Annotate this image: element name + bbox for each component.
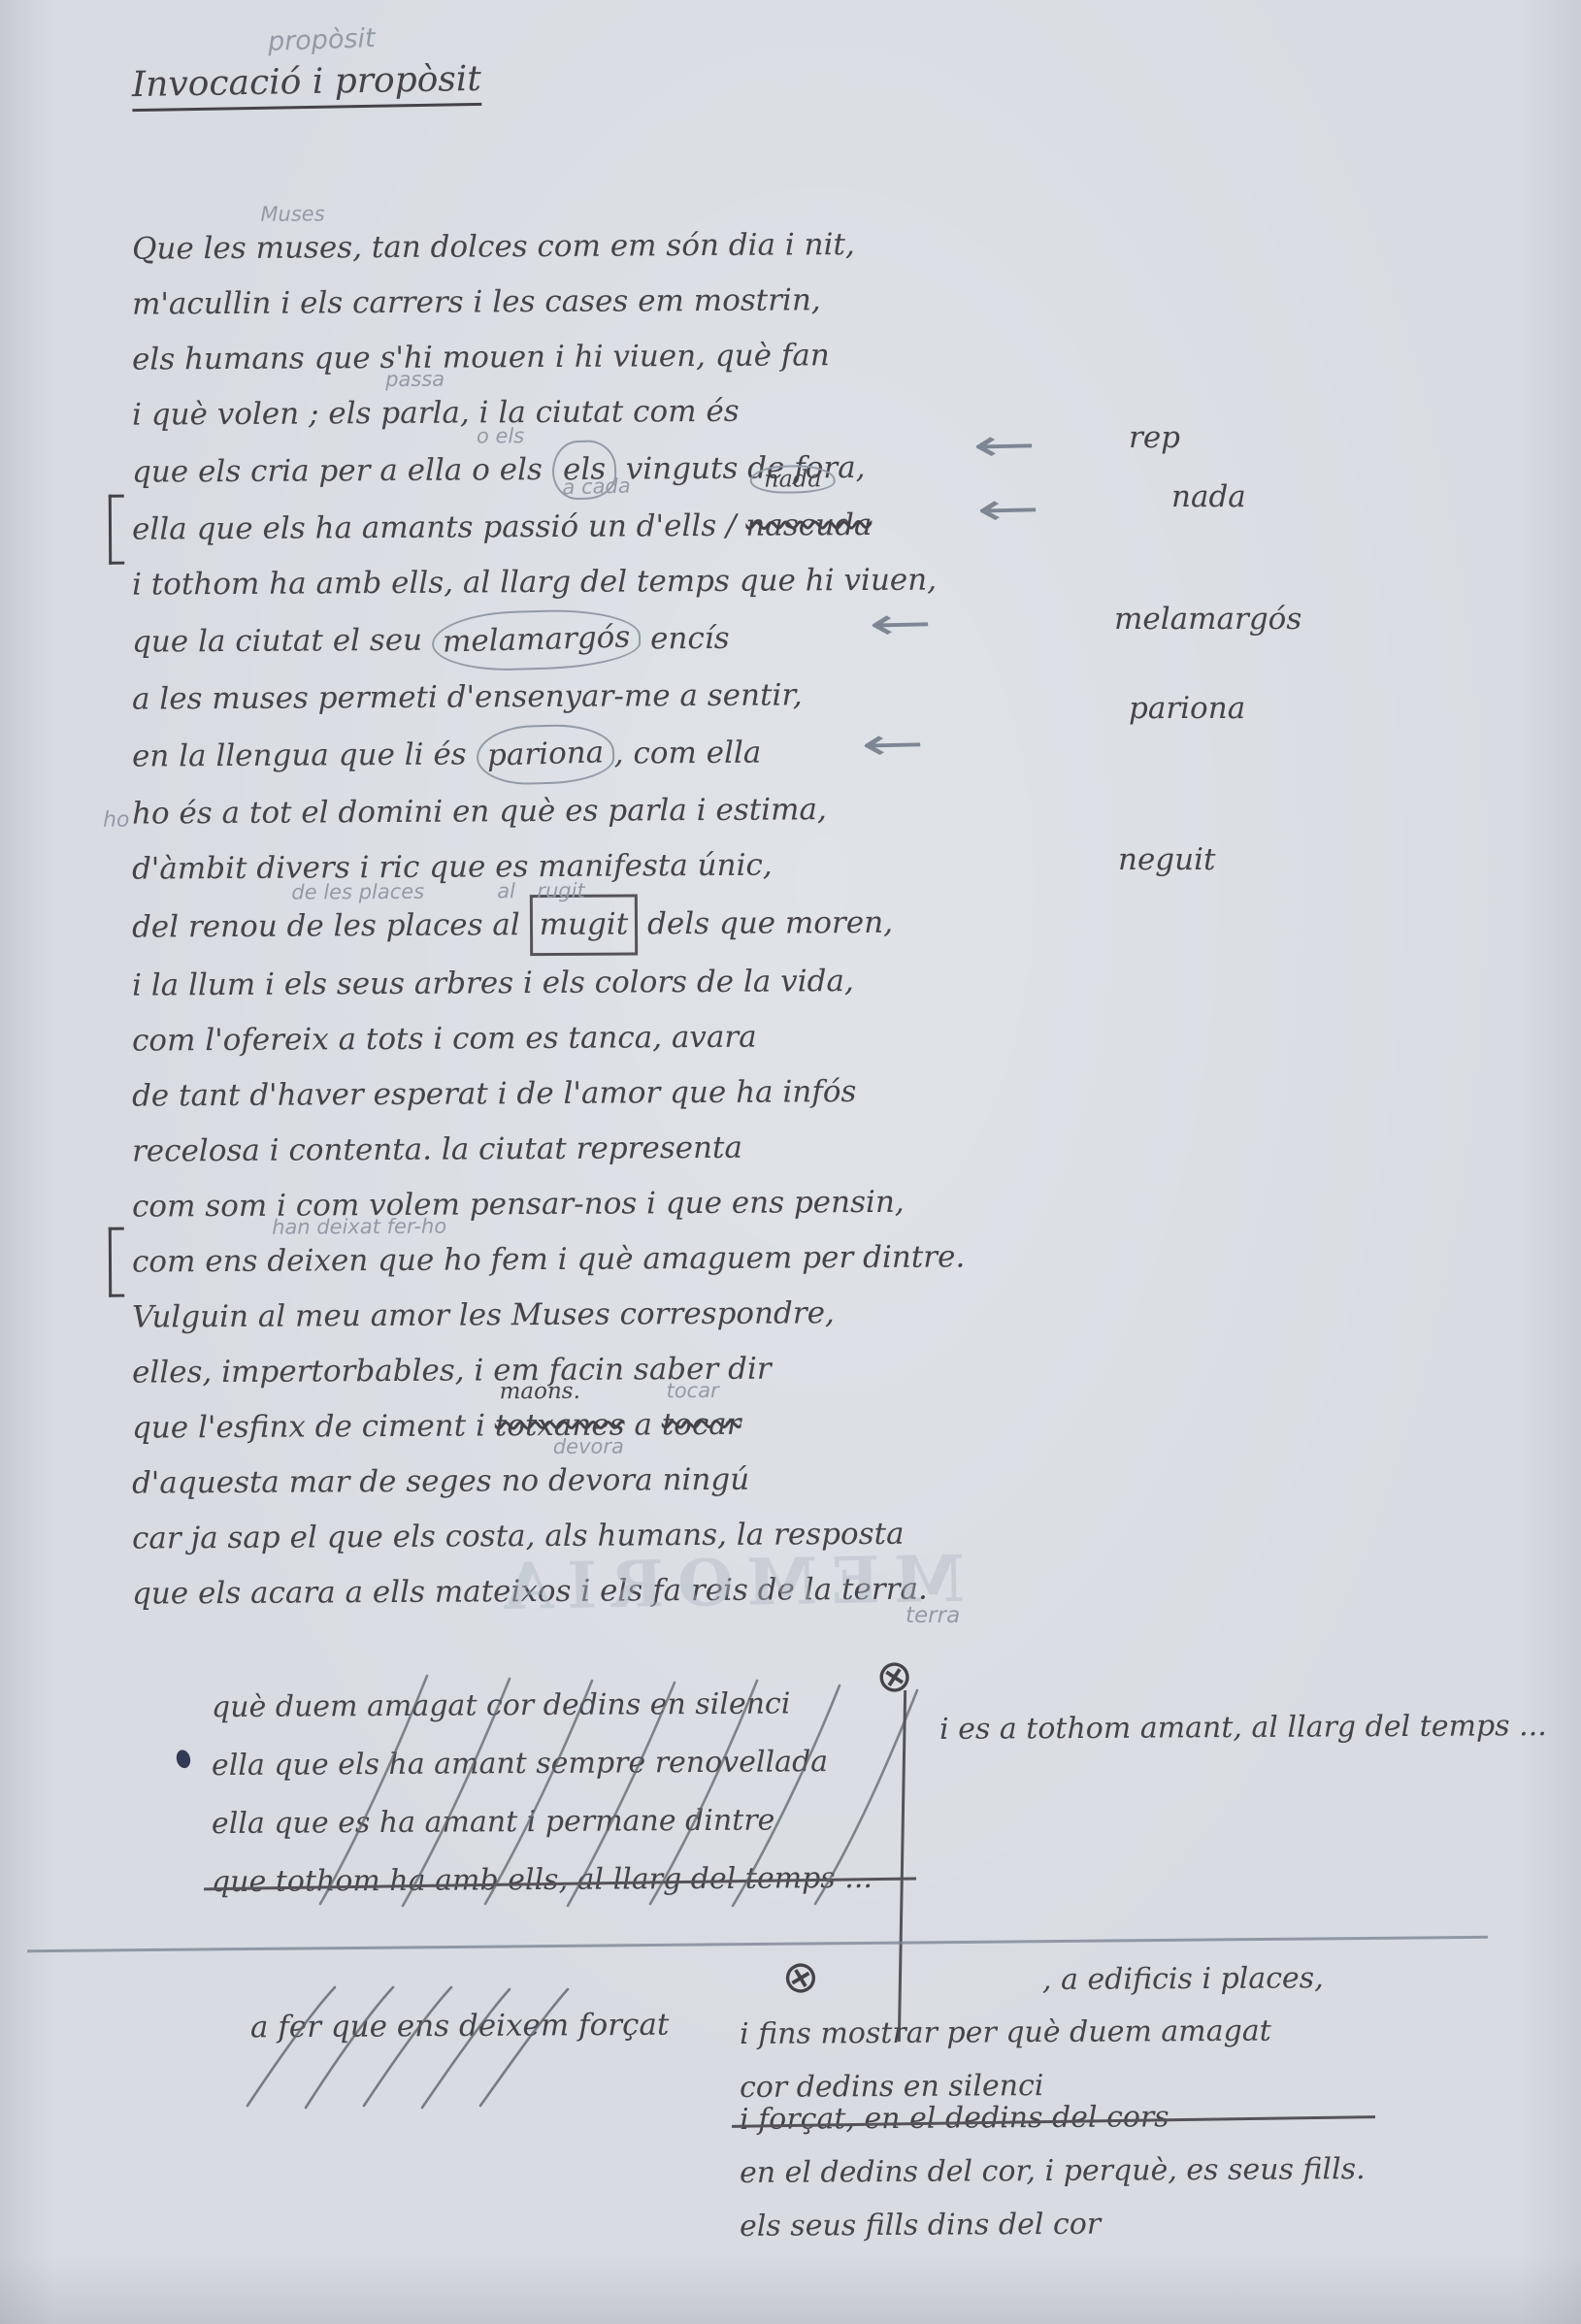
manuscript-line: en la llengua que li és pariona, com ell…	[132, 722, 966, 786]
circled-word: melamargós	[431, 607, 642, 672]
show-through-ghost-text: MEMORIA	[489, 1541, 965, 1625]
annotation-above: de les places	[291, 882, 424, 903]
left-arrow-icon: ←	[971, 418, 1038, 472]
ink-text: com ens	[132, 1234, 268, 1291]
margin-pencil-note: ho	[103, 793, 130, 848]
ink-text: encís	[641, 611, 730, 668]
ink-text: que tothom ha amb ells, al llarg del tem…	[212, 1849, 873, 1912]
scrawled-note-block: a fer que ens deixem forçat	[250, 1999, 669, 2054]
annotation-above: passa	[385, 370, 445, 390]
circled-word: pariona	[476, 723, 615, 786]
ink-text	[520, 898, 530, 953]
margin-note-neguit: neguit	[1118, 842, 1216, 877]
ink-text: d'aquesta mar de seges no	[132, 1454, 548, 1512]
manuscript-line: com som i com volem pensar-nos i que ens…	[132, 1174, 966, 1234]
ink-text: en la llengua que li és	[132, 727, 477, 784]
ink-text: del renou	[132, 900, 287, 956]
ink-text: ho és a tot el domini en què es parla i …	[132, 782, 827, 841]
manuscript-line: Vulguin al meu amor les Muses correspond…	[132, 1285, 966, 1345]
annotation-above: nada	[750, 465, 836, 494]
ink-text: i tothom ha amb ells, al llarg del temps…	[132, 553, 937, 613]
ink-text: els humans que s'hi mouen i hi viuen, qu…	[132, 328, 830, 387]
ink-text: i forçat, en el dedins del cors	[740, 2090, 1169, 2146]
ink-text: ella que els ha amants passió un d'ells …	[132, 499, 746, 558]
ink-text	[543, 442, 552, 498]
margin-note-melamargos: melamargós	[1114, 602, 1301, 637]
ink-text: que l'esfinx de ciment i	[132, 1398, 495, 1456]
left-arrow-icon: ←	[867, 597, 934, 650]
annotation-above: rugit	[537, 881, 584, 901]
ink-text: , com ella	[614, 726, 762, 782]
margin-note-pariona: pariona	[1129, 691, 1245, 726]
annotation-above: han deixat fer-ho	[272, 1217, 446, 1238]
left-arrow-icon: ←	[859, 717, 926, 770]
ink-text: i fins mostrar per què duem amagat	[740, 2005, 1271, 2061]
manuscript-line: i forçat, en el dedins del cors	[740, 2089, 1366, 2146]
ink-text: devoradevora	[548, 1453, 653, 1509]
manuscript-line: a fer que ens deixem forçat	[250, 1998, 670, 2056]
ink-text: Que les	[132, 221, 256, 278]
manuscript-line: a les muses permeti d'ensenyar-me a sent…	[132, 667, 966, 727]
scribble-crossmark-icon: ⊗	[871, 1647, 918, 1706]
manuscript-line: i fins mostrar per què duem amagat	[740, 2004, 1366, 2061]
ink-text: que els cria per a ella	[132, 442, 473, 500]
manuscript-line: i què volen ; els parlapassa, i la ciuta…	[132, 382, 966, 442]
crossed-draft-block: què duem amagat cor dedins en silenciell…	[212, 1677, 873, 1910]
ink-text: en el dedins del cor, i perquè, es seus …	[740, 2143, 1366, 2200]
page-title: Invocació i propòsit	[132, 59, 482, 112]
ink-text: com som i com volem pensar-nos i que ens…	[132, 1175, 905, 1235]
margin-note-rep: rep	[1129, 420, 1180, 455]
poem-body: Que les musesMuses, tan dolces com em só…	[132, 219, 965, 1620]
manuscript-line: els humans que s'hi mouen i hi viuen, qu…	[132, 327, 966, 387]
manuscript-line: Que les musesMuses, tan dolces com em só…	[132, 216, 966, 277]
manuscript-line: com l'ofereix a tots i com es tanca, ava…	[132, 1008, 966, 1068]
manuscript-line: m'acullin i els carrers i les cases em m…	[132, 272, 966, 332]
ink-text	[482, 898, 492, 953]
ink-text: i què volen ; els	[132, 386, 381, 443]
ink-text: vinguts de fora,	[616, 441, 866, 498]
manuscript-line: ella que els ha amants passió un d'ells …	[132, 497, 966, 557]
annotation-above: maons.	[500, 1382, 580, 1403]
manuscript-line: , a edificis i places,	[1042, 1951, 1366, 2007]
manuscript-line: que tothom ha amb ells, al llarg del tem…	[212, 1849, 873, 1912]
scribbled-word: nascudanada	[745, 498, 872, 554]
annotation-above: devora	[553, 1437, 624, 1457]
ink-text: què duem amagat cor dedins en silenci	[212, 1675, 791, 1737]
manuscript-page: propòsit Invocació i propòsit Que les mu…	[0, 0, 1581, 2324]
ink-text: recelosa i contenta. la ciutat represent…	[132, 1121, 742, 1180]
ink-text: de les placesde les places	[286, 898, 482, 954]
revised-line-block: i es a tothom amant, al llarg del temps …	[939, 1700, 1547, 1755]
manuscript-line: que els cria per a ella o elso els elsa …	[132, 438, 966, 502]
title-pencil-correction: propòsit	[267, 23, 376, 57]
manuscript-line: ella que es ha amant i permane dintre	[212, 1791, 873, 1853]
manuscript-line: i es a tothom amant, al llarg del temps …	[939, 1698, 1547, 1757]
annotation-above: o els	[477, 426, 524, 446]
manuscript-line: ella que els ha amant sempre renovellada	[212, 1733, 873, 1795]
ink-text: de tant d'haver esperat i de l'amor que …	[132, 1064, 857, 1125]
ink-text: que la ciutat el seu	[132, 613, 432, 671]
manuscript-line: i la llum i els seus arbres i els colors…	[132, 953, 966, 1013]
final-draft-block: , a edificis i places,i fins mostrar per…	[740, 1952, 1366, 2251]
margin-note-nada: nada	[1171, 479, 1246, 514]
ink-text: m'acullin i els carrers i les cases em m…	[132, 273, 821, 332]
manuscript-line: com ens deixen que hohan deixat fer-ho f…	[132, 1229, 966, 1290]
scribbled-word: tocartocar	[662, 1397, 741, 1453]
ink-text: dels que moren,	[638, 896, 893, 953]
ink-text: alal	[492, 898, 520, 953]
ink-text: els seus fills dins del cor	[740, 2198, 1102, 2253]
ink-text: d'àmbit divers i ric que es manifesta ún…	[132, 838, 773, 898]
manuscript-line: hoho és a tot el domini en què es parla …	[132, 781, 966, 841]
manuscript-line: què duem amagat cor dedins en silenci	[212, 1675, 873, 1737]
manuscript-line: de tant d'haver esperat i de l'amor que …	[132, 1064, 966, 1124]
annotation-above: tocar	[666, 1381, 718, 1401]
manuscript-line: i tothom ha amb ells, al llarg del temps…	[132, 552, 966, 612]
ink-text: a les muses permeti d'ensenyar-me a sent…	[132, 668, 803, 727]
ink-text: a	[624, 1397, 662, 1453]
left-arrow-icon: ←	[974, 482, 1041, 536]
ink-text: ningú	[652, 1453, 749, 1509]
ink-text: ella que els ha amant sempre renovellada	[212, 1733, 828, 1795]
ink-text: musesMuses	[255, 220, 352, 277]
manuscript-line: els seus fills dins del cor	[740, 2196, 1366, 2253]
circled-word: elsa cada	[551, 440, 617, 501]
ink-text: com l'ofereix a tots i com es tanca, ava…	[132, 1010, 757, 1069]
horizontal-pencil-rule	[27, 1936, 1488, 1952]
ink-text: i la llum i els seus arbres i els colors…	[132, 954, 854, 1014]
ink-text: ella que es ha amant i permane dintre	[212, 1792, 775, 1854]
ink-text: , tan dolces com em són dia i nit,	[352, 217, 855, 276]
manuscript-line: d'aquesta mar de seges no devoradevora n…	[132, 1451, 966, 1511]
boxed-word: mugitrugit	[529, 894, 638, 956]
manuscript-line: del renou de les placesde les places ala…	[132, 892, 966, 958]
manuscript-line: en el dedins del cor, i perquè, es seus …	[740, 2143, 1366, 2200]
ink-text: o elso els	[472, 442, 543, 498]
manuscript-line: que la ciutat el seu melamargós encís	[132, 607, 966, 671]
manuscript-line: recelosa i contenta. la ciutat represent…	[132, 1119, 966, 1179]
ink-text: Vulguin al meu amor les Muses correspond…	[132, 1286, 835, 1345]
ink-text: , a edificis i places,	[1042, 1951, 1324, 2007]
ink-text: deixen que hohan deixat fer-ho	[267, 1232, 481, 1289]
ink-text: fem i què amaguem per dintre.	[481, 1229, 966, 1288]
annotation-above: al	[497, 881, 515, 901]
annotation-above: Muses	[260, 204, 324, 224]
manuscript-line: que l'esfinx de ciment i totxanesmaons. …	[132, 1395, 966, 1456]
ink-text: parlapassa	[380, 386, 460, 442]
